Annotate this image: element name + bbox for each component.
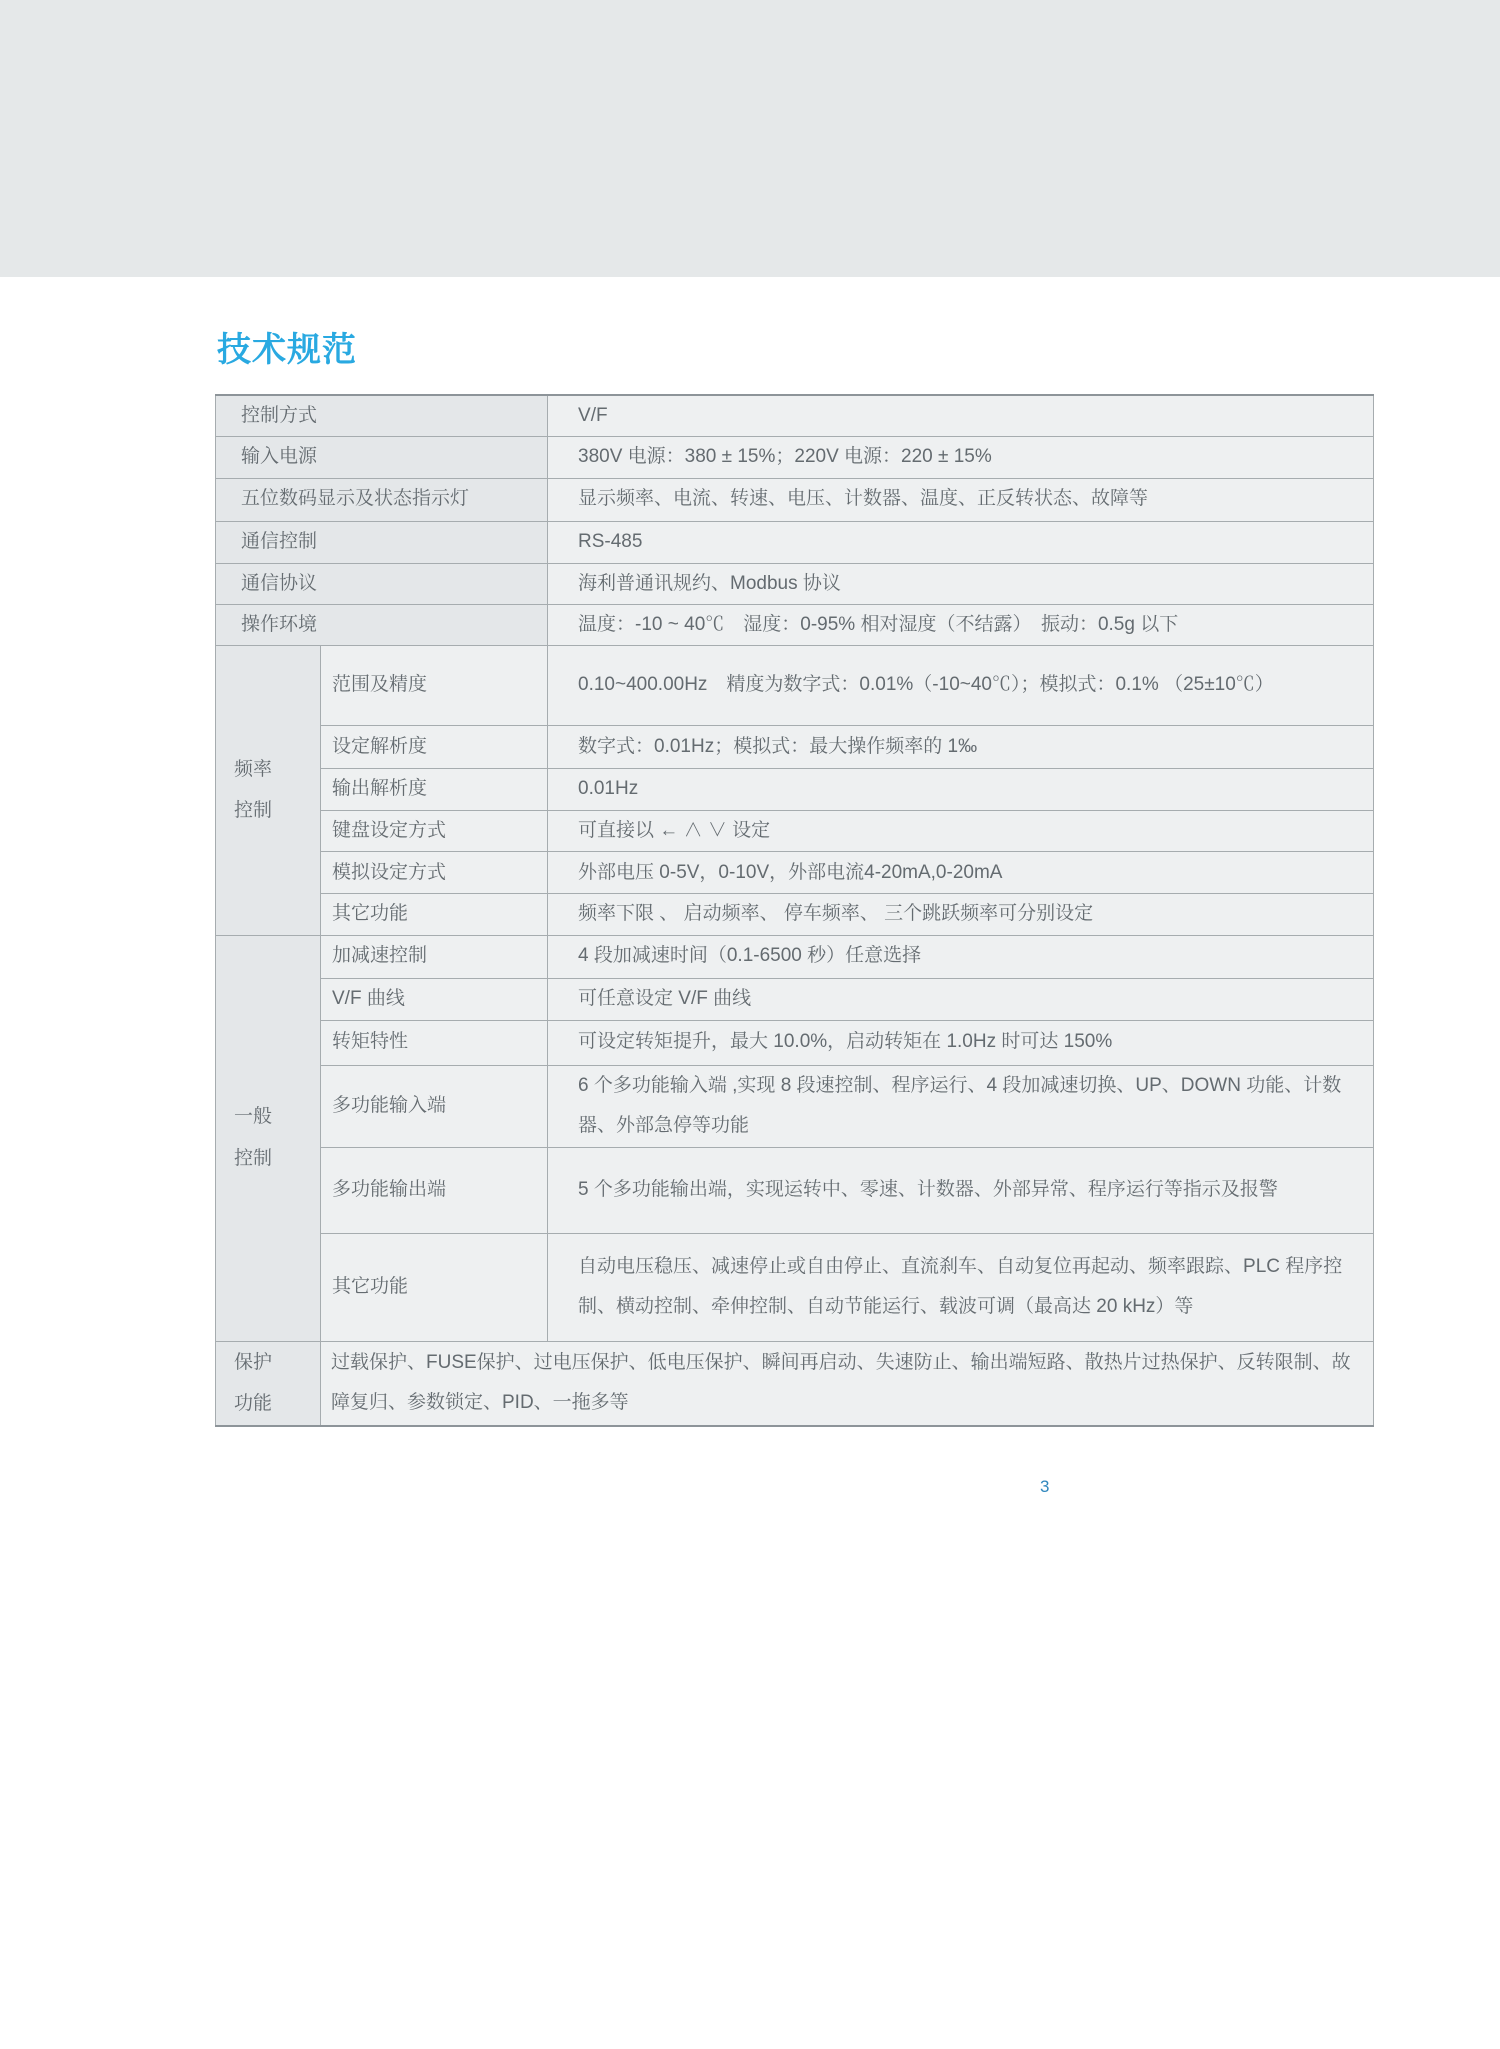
row-value: 6 个多功能输入端 ,实现 8 段速控制、程序运行、4 段加减速切换、UP、DO… xyxy=(548,1065,1374,1147)
row-value: V/F xyxy=(548,395,1374,437)
group-label: 频率控制 xyxy=(234,749,274,833)
row-sublabel: 多功能输出端 xyxy=(321,1147,548,1233)
row-value: 显示频率、电流、转速、电压、计数器、温度、正反转状态、故障等 xyxy=(548,478,1374,521)
row-value: 可任意设定 V/F 曲线 xyxy=(548,978,1374,1020)
row-value: 可直接以 ← ∧ ∨ 设定 xyxy=(548,811,1374,852)
row-value: 数字式：0.01Hz；模拟式：最大操作频率的 1‰ xyxy=(548,726,1374,769)
row-sublabel: 加减速控制 xyxy=(321,935,548,978)
table-row: 设定解析度 数字式：0.01Hz；模拟式：最大操作频率的 1‰ xyxy=(216,726,1374,769)
row-value: 外部电压 0-5V，0-10V，外部电流4-20mA,0-20mA xyxy=(548,852,1374,894)
table-row: 操作环境 温度：-10 ~ 40℃ 湿度：0-95% 相对湿度（不结露） 振动：… xyxy=(216,604,1374,645)
header-band xyxy=(0,0,1500,277)
row-sublabel: 多功能输入端 xyxy=(321,1065,548,1147)
row-sublabel: 设定解析度 xyxy=(321,726,548,769)
table-row: 多功能输出端 5 个多功能输出端，实现运转中、零速、计数器、外部异常、程序运行等… xyxy=(216,1147,1374,1233)
table-row: 多功能输入端 6 个多功能输入端 ,实现 8 段速控制、程序运行、4 段加减速切… xyxy=(216,1065,1374,1147)
document-page: 技术规范 控制方式 V/F 输入电源 380V 电源：380 ± 15%；220… xyxy=(0,0,1500,2049)
spec-table-container: 控制方式 V/F 输入电源 380V 电源：380 ± 15%；220V 电源：… xyxy=(215,394,1373,1427)
page-title: 技术规范 xyxy=(217,322,357,371)
table-row: 输入电源 380V 电源：380 ± 15%；220V 电源：220 ± 15% xyxy=(216,437,1374,478)
row-sublabel: V/F 曲线 xyxy=(321,978,548,1020)
row-label: 控制方式 xyxy=(216,395,548,437)
page-number: 3 xyxy=(1040,1477,1049,1497)
row-sublabel: 模拟设定方式 xyxy=(321,852,548,894)
group-label-cell: 频率控制 xyxy=(216,646,321,936)
row-value: 可设定转矩提升，最大 10.0%，启动转矩在 1.0Hz 时可达 150% xyxy=(548,1020,1374,1065)
row-value: 0.01Hz xyxy=(548,769,1374,811)
table-row: 键盘设定方式 可直接以 ← ∧ ∨ 设定 xyxy=(216,811,1374,852)
row-value: 4 段加减速时间（0.1-6500 秒）任意选择 xyxy=(548,935,1374,978)
table-row: 输出解析度 0.01Hz xyxy=(216,769,1374,811)
row-value: 海利普通讯规约、Modbus 协议 xyxy=(548,563,1374,604)
table-row: 转矩特性 可设定转矩提升，最大 10.0%，启动转矩在 1.0Hz 时可达 15… xyxy=(216,1020,1374,1065)
row-value: 380V 电源：380 ± 15%；220V 电源：220 ± 15% xyxy=(548,437,1374,478)
table-row: 频率控制 范围及精度 0.10~400.00Hz 精度为数字式：0.01%（-1… xyxy=(216,646,1374,726)
group-label-cell: 一般控制 xyxy=(216,935,321,1341)
row-value: RS-485 xyxy=(548,521,1374,563)
row-label: 通信控制 xyxy=(216,521,548,563)
table-row: 其它功能 频率下限 、 启动频率、 停车频率、 三个跳跃频率可分别设定 xyxy=(216,894,1374,935)
row-sublabel: 转矩特性 xyxy=(321,1020,548,1065)
row-label: 输入电源 xyxy=(216,437,548,478)
row-value: 自动电压稳压、减速停止或自由停止、直流刹车、自动复位再起动、频率跟踪、PLC 程… xyxy=(548,1233,1374,1341)
row-value: 频率下限 、 启动频率、 停车频率、 三个跳跃频率可分别设定 xyxy=(548,894,1374,935)
row-value: 过载保护、FUSE保护、过电压保护、低电压保护、瞬间再启动、失速防止、输出端短路… xyxy=(321,1341,1374,1426)
spec-table: 控制方式 V/F 输入电源 380V 电源：380 ± 15%；220V 电源：… xyxy=(215,394,1374,1427)
row-value: 5 个多功能输出端，实现运转中、零速、计数器、外部异常、程序运行等指示及报警 xyxy=(548,1147,1374,1233)
table-row: 五位数码显示及状态指示灯 显示频率、电流、转速、电压、计数器、温度、正反转状态、… xyxy=(216,478,1374,521)
row-label: 操作环境 xyxy=(216,604,548,645)
table-row: 通信协议 海利普通讯规约、Modbus 协议 xyxy=(216,563,1374,604)
row-label: 通信协议 xyxy=(216,563,548,604)
row-value: 温度：-10 ~ 40℃ 湿度：0-95% 相对湿度（不结露） 振动：0.5g … xyxy=(548,604,1374,645)
table-row: 控制方式 V/F xyxy=(216,395,1374,437)
group-label: 保护功能 xyxy=(234,1342,274,1426)
row-value: 0.10~400.00Hz 精度为数字式：0.01%（-10~40℃）；模拟式：… xyxy=(548,646,1374,726)
group-label: 一般控制 xyxy=(234,1096,274,1180)
group-label-cell: 保护功能 xyxy=(216,1341,321,1426)
table-row: 通信控制 RS-485 xyxy=(216,521,1374,563)
row-sublabel: 范围及精度 xyxy=(321,646,548,726)
row-sublabel: 输出解析度 xyxy=(321,769,548,811)
table-row: V/F 曲线 可任意设定 V/F 曲线 xyxy=(216,978,1374,1020)
table-row: 保护功能 过载保护、FUSE保护、过电压保护、低电压保护、瞬间再启动、失速防止、… xyxy=(216,1341,1374,1426)
table-row: 其它功能 自动电压稳压、减速停止或自由停止、直流刹车、自动复位再起动、频率跟踪、… xyxy=(216,1233,1374,1341)
row-label: 五位数码显示及状态指示灯 xyxy=(216,478,548,521)
table-row: 一般控制 加减速控制 4 段加减速时间（0.1-6500 秒）任意选择 xyxy=(216,935,1374,978)
row-sublabel: 其它功能 xyxy=(321,1233,548,1341)
table-row: 模拟设定方式 外部电压 0-5V，0-10V，外部电流4-20mA,0-20mA xyxy=(216,852,1374,894)
row-sublabel: 其它功能 xyxy=(321,894,548,935)
row-sublabel: 键盘设定方式 xyxy=(321,811,548,852)
